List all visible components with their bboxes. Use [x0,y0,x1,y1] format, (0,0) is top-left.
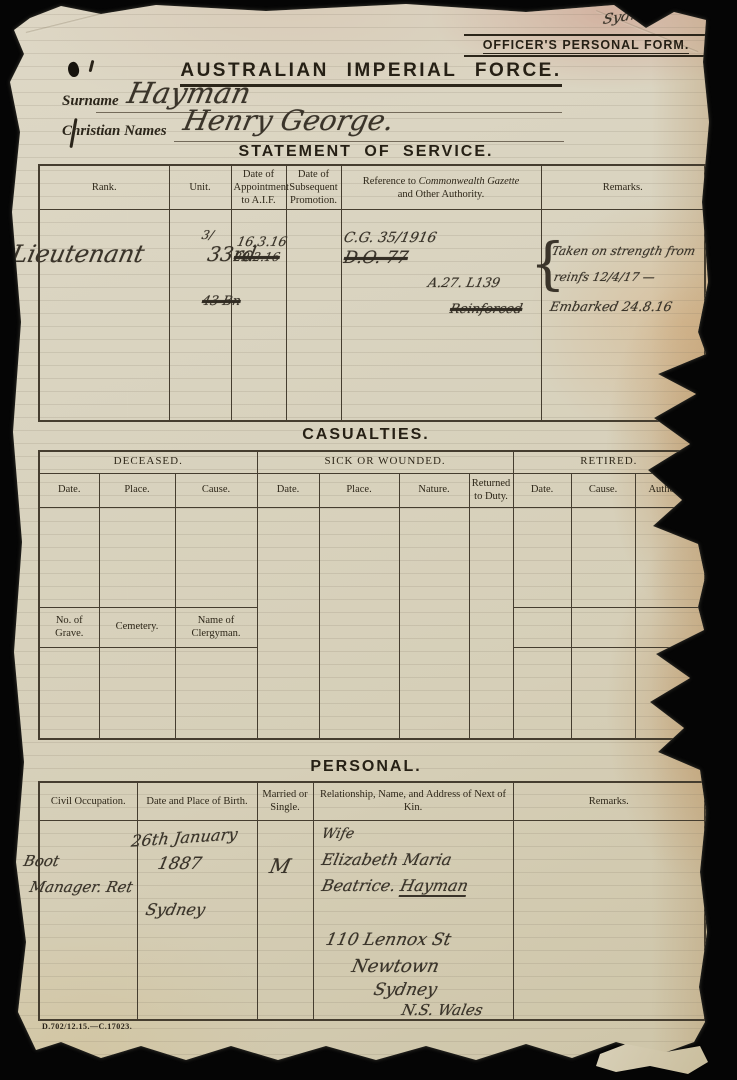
birth-cell [137,820,257,1020]
col-header-reference: Reference to Commonwealth Gazette and Ot… [341,165,541,210]
reference-2-struck-handwriting: D.O. 77 [342,248,410,268]
personal-table: Civil Occupation. Date and Place of Birt… [38,781,706,1021]
clergyman-header: Name of Clergyman. [175,607,257,647]
grave-number-header: No. of Grave. [39,607,99,647]
retired-band-cell [571,607,635,647]
corner-note-handwriting: Sydney [602,4,658,28]
sick-body-cell [319,607,399,647]
retired-band-cell [513,607,571,647]
grave-body-cell [175,647,257,739]
deceased-body-cell [175,507,257,607]
married-cell [257,820,313,1020]
nok-address-1-handwriting: 110 Lennox St [324,930,453,950]
birth-date-2-handwriting: 1887 [156,854,204,874]
occupation-header: Civil Occupation. [39,782,137,820]
sick-nature-header: Nature. [399,473,469,507]
retired-body-cell [635,507,705,607]
col-header-rank: Rank. [39,165,169,210]
retired-body-cell [635,647,705,739]
deceased-place-header: Place. [99,473,175,507]
deceased-date-header: Date. [39,473,99,507]
col-header-remarks: Remarks. [541,165,705,210]
sick-body-cell [257,507,319,607]
document-scan: Sydney OFFICER'S PERSONAL FORM. AUSTRALI… [0,0,737,1080]
sick-date-header: Date. [257,473,319,507]
sick-body-cell [399,507,469,607]
remarks-brace: { [530,232,566,297]
sick-body-cell [399,647,469,739]
sick-body-cell [469,507,513,607]
unit-struck-handwriting: 43 Bn [200,294,242,309]
birth-header: Date and Place of Birth. [137,782,257,820]
col-header-unit: Unit. [169,165,231,210]
retired-date-header: Date. [513,473,571,507]
retired-body-cell [571,647,635,739]
appointment-date-struck-handwriting: 29.2.16 [233,250,282,264]
reference-1-handwriting: C.G. 35/1916 [342,230,438,246]
personal-heading: PERSONAL. [216,758,516,776]
sick-body-cell [319,647,399,739]
sick-body-cell [257,647,319,739]
retired-body-cell [513,507,571,607]
retired-authority-header: Authority. [635,473,705,507]
nok-address-4-handwriting: N.S. Wales [400,1001,484,1019]
deceased-cause-header: Cause. [175,473,257,507]
group-header-sick: SICK OR WOUNDED. [257,451,513,473]
occupation-2-handwriting: Manager. Ret [28,878,134,896]
sick-body-cell [399,607,469,647]
grave-body-cell [39,647,99,739]
paper-sheet: Sydney OFFICER'S PERSONAL FORM. AUSTRALI… [6,2,711,1072]
group-header-retired: RETIRED. [513,451,705,473]
reference-3-handwriting: A.27. L139 [426,276,501,291]
sick-body-cell [469,607,513,647]
retired-band-cell [635,607,705,647]
personal-remarks-cell [513,820,705,1020]
casualties-table: DECEASED. SICK OR WOUNDED. RETIRED. Date… [38,450,706,740]
retired-body-cell [513,647,571,739]
nok-address-2-handwriting: Newtown [350,956,441,977]
deceased-body-cell [99,507,175,607]
married-header: Married or Single. [257,782,313,820]
christian-names-label: Christian Names [62,123,167,139]
group-header-deceased: DECEASED. [39,451,257,473]
remark-2-handwriting: reinfs 12/4/17 — [553,270,657,284]
birth-place-handwriting: Sydney [144,900,207,919]
deceased-body-cell [39,507,99,607]
col-header-promotion: Date of Subsequent Promotion. [286,165,341,210]
officer-personal-form-label: OFFICER'S PERSONAL FORM. [483,38,690,54]
ink-mark [89,60,94,72]
sick-place-header: Place. [319,473,399,507]
rank-handwriting: Lieutenant [9,240,147,268]
grave-body-cell [99,647,175,739]
retired-body-cell [571,507,635,607]
sick-body-cell [319,507,399,607]
nok-surname-underlined: Hayman [398,876,470,897]
promotion-cell [286,210,341,421]
occupation-cell [39,820,137,1020]
cemetery-header: Cemetery. [99,607,175,647]
remark-1-handwriting: Taken on strength from [551,244,697,258]
nok-address-3-handwriting: Sydney [372,980,439,1000]
officer-personal-form-box: OFFICER'S PERSONAL FORM. [464,34,708,57]
appointment-date-handwriting: 16.3.16 [235,235,288,250]
sick-body-cell [257,607,319,647]
casualties-heading: CASUALTIES. [216,426,516,444]
nok-name-1-handwriting: Elizabeth Maria [320,850,454,869]
nok-relationship-handwriting: Wife [320,826,355,842]
sick-body-cell [469,647,513,739]
christian-names-handwriting: Henry George. [180,104,397,137]
retired-cause-header: Cause. [571,473,635,507]
remark-3-handwriting: Embarked 24.8.16 [548,300,673,315]
col-header-appointment: Date of Appointment to A.I.F. [231,165,286,210]
paper-surface: Sydney OFFICER'S PERSONAL FORM. AUSTRALI… [6,2,711,1072]
personal-remarks-header: Remarks. [513,782,705,820]
statement-of-service-table: Rank. Unit. Date of Appointment to A.I.F… [38,164,706,422]
occupation-1-handwriting: Boot [22,852,61,870]
next-of-kin-header: Relationship, Name, and Address of Next … [313,782,513,820]
statement-of-service-heading: STATEMENT OF SERVICE. [206,143,526,161]
sick-returned-header: Returned to Duty. [469,473,513,507]
paper-crease [26,10,114,34]
ink-smudge [66,61,81,79]
nok-name-2-handwriting: Beatrice. Hayman [320,876,470,895]
form-imprint: D.702/12.15.—C.17023. [42,1022,132,1031]
reference-4-struck-handwriting: Reinforced [448,302,523,317]
